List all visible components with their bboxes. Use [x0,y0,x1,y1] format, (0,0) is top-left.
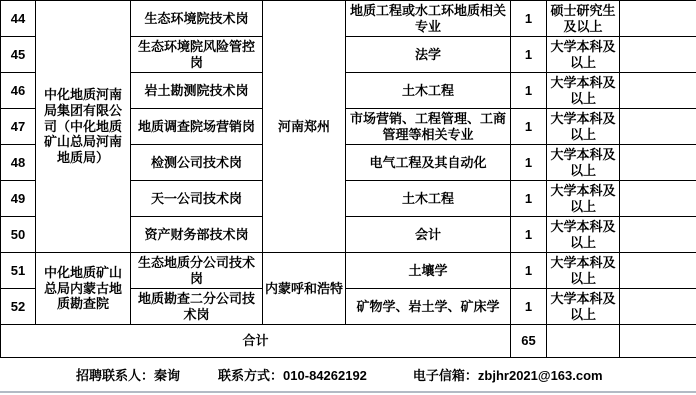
count-cell: 1 [511,289,547,325]
row-number: 52 [1,289,36,325]
total-education-empty [547,325,620,358]
education-cell: 大学本科及以上 [547,145,620,181]
major-cell: 土木工程 [346,73,511,109]
phone-number: 010-84262192 [283,368,367,383]
contact-label: 招聘联系人： [76,368,154,383]
row-number: 51 [1,253,36,289]
education-cell: 大学本科及以上 [547,181,620,217]
remark-cell [620,1,696,37]
contact-footer: 招聘联系人：秦询 联系方式：010-84262192 电子信箱：zbjhr202… [0,358,696,390]
remark-cell [620,217,696,253]
count-cell: 1 [511,73,547,109]
contact-name: 秦询 [154,368,180,383]
company-cell: 中化地质河南局集团有限公司（中化地质矿山总局河南地质局） [36,1,131,253]
location-cell: 河南郑州 [263,1,346,253]
remark-cell [620,181,696,217]
total-count: 65 [511,325,547,358]
position-cell: 岩土勘测院技术岗 [131,73,263,109]
remark-cell [620,253,696,289]
company-cell: 中化地质矿山总局内蒙古地质勘查院 [36,253,131,325]
major-cell: 市场营销、工程管理、工商管理等相关专业 [346,109,511,145]
count-cell: 1 [511,253,547,289]
position-cell: 地质调查院场营销岗 [131,109,263,145]
position-cell: 资产财务部技术岗 [131,217,263,253]
major-cell: 会计 [346,217,511,253]
remark-cell [620,37,696,73]
phone-label: 联系方式： [218,368,283,383]
row-number: 45 [1,37,36,73]
major-cell: 法学 [346,37,511,73]
position-cell: 生态环境院风险管控岗 [131,37,263,73]
row-number: 47 [1,109,36,145]
recruitment-table: 44 中化地质河南局集团有限公司（中化地质矿山总局河南地质局） 生态环境院技术岗… [0,0,696,358]
contact-email: 电子信箱：zbjhr2021@163.com [413,365,603,384]
position-cell: 生态环境院技术岗 [131,1,263,37]
education-cell: 大学本科及以上 [547,217,620,253]
education-cell: 大学本科及以上 [547,109,620,145]
count-cell: 1 [511,1,547,37]
row-number: 50 [1,217,36,253]
education-cell: 硕士研究生及以上 [547,1,620,37]
count-cell: 1 [511,145,547,181]
remark-cell [620,73,696,109]
education-cell: 大学本科及以上 [547,37,620,73]
location-cell: 内蒙呼和浩特 [263,253,346,325]
major-cell: 矿物学、岩土学、矿床学 [346,289,511,325]
count-cell: 1 [511,37,547,73]
count-cell: 1 [511,181,547,217]
row-number: 44 [1,1,36,37]
position-cell: 检测公司技术岗 [131,145,263,181]
total-remark-empty [620,325,696,358]
position-cell: 天一公司技术岗 [131,181,263,217]
education-cell: 大学本科及以上 [547,289,620,325]
total-row: 合计 65 [1,325,696,358]
contact-phone: 联系方式：010-84262192 [218,365,367,384]
count-cell: 1 [511,109,547,145]
remark-cell [620,109,696,145]
remark-cell [620,289,696,325]
total-label: 合计 [1,325,511,358]
table-row: 44 中化地质河南局集团有限公司（中化地质矿山总局河南地质局） 生态环境院技术岗… [1,1,696,37]
row-number: 46 [1,73,36,109]
education-cell: 大学本科及以上 [547,73,620,109]
contact-person: 招聘联系人：秦询 [76,365,180,384]
major-cell: 土木工程 [346,181,511,217]
bottom-divider [0,391,696,393]
row-number: 48 [1,145,36,181]
email-label: 电子信箱： [413,368,478,383]
position-cell: 地质勘查二分公司技术岗 [131,289,263,325]
major-cell: 电气工程及其自动化 [346,145,511,181]
count-cell: 1 [511,217,547,253]
major-cell: 地质工程或水工环地质相关专业 [346,1,511,37]
position-cell: 生态地质分公司技术岗 [131,253,263,289]
email-address: zbjhr2021@163.com [478,368,603,383]
row-number: 49 [1,181,36,217]
table-row: 51 中化地质矿山总局内蒙古地质勘查院 生态地质分公司技术岗 内蒙呼和浩特 土壤… [1,253,696,289]
education-cell: 大学本科及以上 [547,253,620,289]
major-cell: 土壤学 [346,253,511,289]
remark-cell [620,145,696,181]
